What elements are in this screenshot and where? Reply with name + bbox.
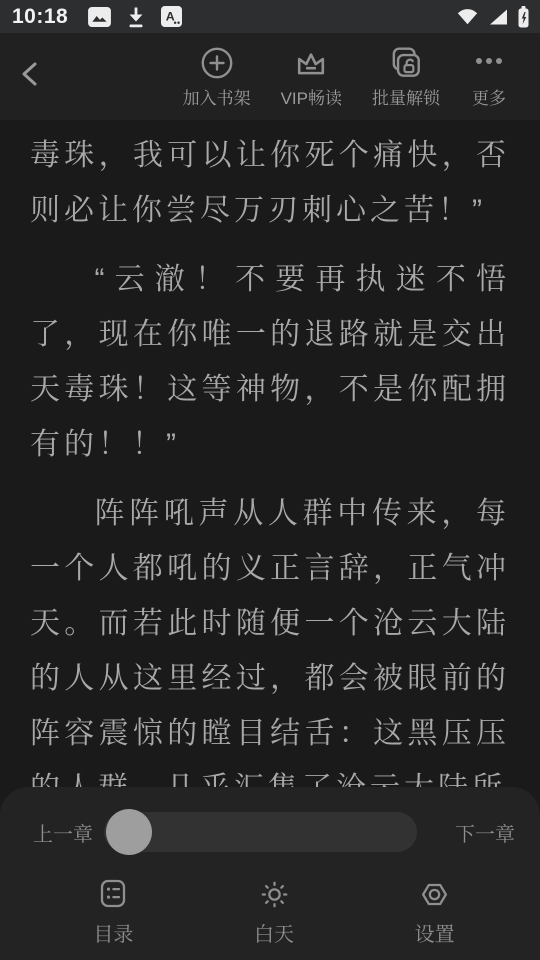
reader-nav-row: 目录 白天 [33, 878, 515, 947]
add-to-shelf-label: 加入书架 [183, 84, 251, 109]
subtitle-a-icon: A [161, 6, 182, 27]
toolbar-actions: 加入书架 VIP畅读 [183, 44, 508, 109]
batch-unlock-button[interactable]: 批量解锁 [372, 44, 440, 109]
system-status-icons [456, 5, 530, 29]
settings-icon [419, 878, 450, 910]
clock: 10:18 [12, 5, 68, 29]
day-mode-label: 白天 [254, 918, 294, 947]
settings-button[interactable]: 设置 [354, 878, 515, 947]
reader-paragraph: 毒珠，我可以让你死个痛快，否则必让你尝尽万刃刺心之苦！” [30, 128, 510, 238]
add-to-shelf-button[interactable]: 加入书架 [183, 44, 251, 109]
day-mode-button[interactable]: 白天 [194, 878, 355, 947]
more-dots-icon [470, 44, 508, 82]
more-button[interactable]: 更多 [470, 44, 508, 109]
battery-charging-icon [517, 5, 530, 29]
download-icon [126, 6, 146, 28]
wifi-icon [456, 8, 479, 25]
notification-icons: A [88, 6, 182, 28]
chapter-slider-row: 上一章 下一章 [33, 812, 515, 852]
reader-paragraph: 阵阵吼声从人群中传来，每一个人都吼的义正言辞，正气冲天。而若此时随便一个沧云大陆… [30, 486, 510, 816]
chevron-left-icon [18, 59, 44, 94]
status-bar: 10:18 A [0, 0, 540, 33]
batch-unlock-icon [388, 44, 424, 82]
vip-read-label: VIP畅读 [281, 84, 342, 109]
toc-list-icon [98, 878, 128, 910]
reader-screen: 10:18 A [0, 0, 540, 960]
add-circle-icon [200, 44, 234, 82]
reader-toolbar: 加入书架 VIP畅读 [0, 33, 540, 120]
svg-text:A: A [166, 9, 175, 23]
toc-label: 目录 [93, 918, 133, 947]
reader-bottom-panel: 上一章 下一章 目录 [0, 787, 540, 960]
toc-button[interactable]: 目录 [33, 878, 194, 947]
prev-chapter-button[interactable]: 上一章 [33, 818, 93, 847]
crown-icon [293, 44, 329, 82]
cellular-icon [488, 9, 508, 25]
photo-icon [88, 7, 111, 27]
progress-slider[interactable] [104, 812, 417, 852]
settings-label: 设置 [415, 918, 455, 947]
batch-unlock-label: 批量解锁 [372, 84, 440, 109]
sun-icon [259, 878, 290, 910]
slider-thumb[interactable] [106, 809, 152, 855]
next-chapter-button[interactable]: 下一章 [455, 818, 515, 847]
more-label: 更多 [472, 84, 506, 109]
vip-read-button[interactable]: VIP畅读 [281, 44, 342, 109]
back-button[interactable] [18, 49, 62, 105]
reader-paragraph: “云澈！不要再执迷不悟了，现在你唯一的退路就是交出天毒珠！这等神物，不是你配拥有… [30, 252, 510, 472]
